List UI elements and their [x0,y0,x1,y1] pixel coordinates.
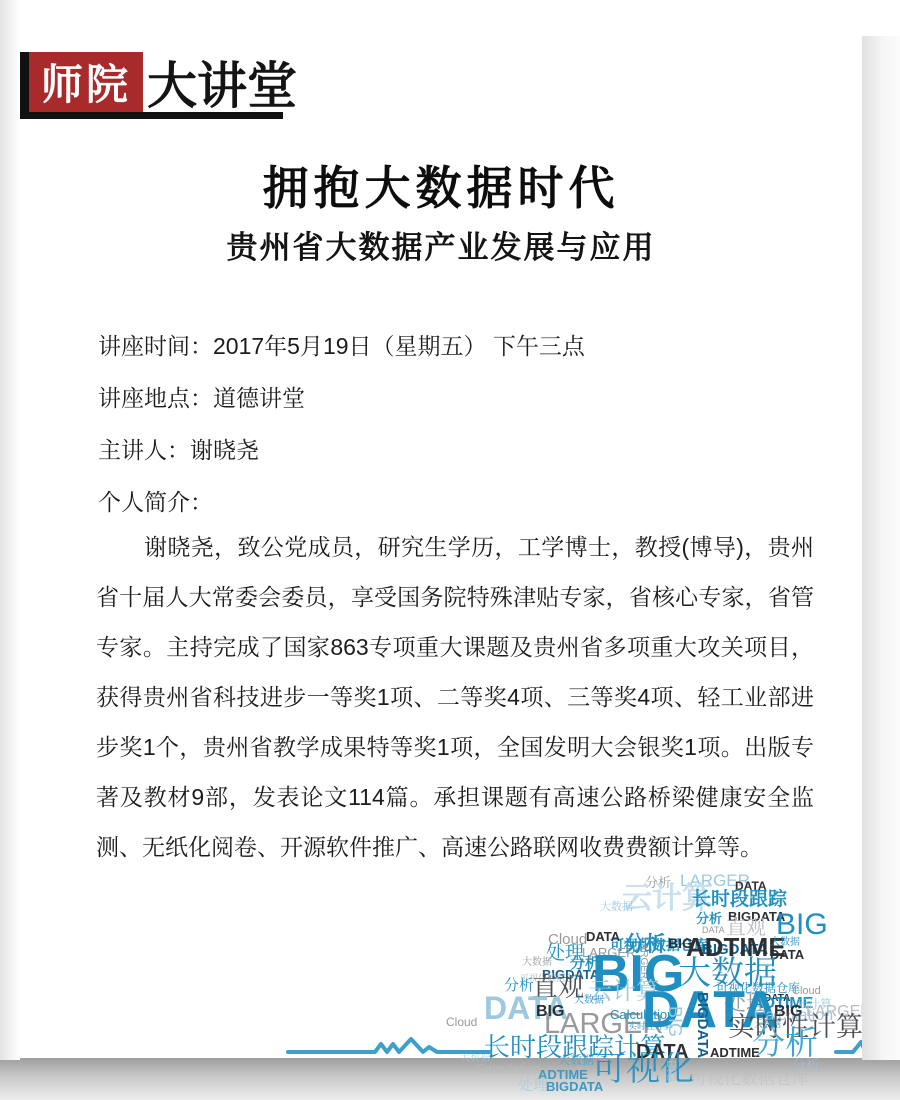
detail-value: 2017年5月19日（星期五） 下午三点 [213,333,585,359]
wordcloud-word: 大数据 [574,996,604,1006]
detail-label: 讲座地点： [98,385,213,411]
logo-badge: 师院 [29,52,143,112]
wordcloud-word: BIG [665,1060,678,1082]
logo-underline [20,112,283,119]
wordcloud-word: 分析 [752,1026,818,1059]
lecture-title: 拥抱大数据时代 [20,152,862,218]
logo-wordmark: 大讲堂 [147,58,297,114]
detail-line: 个人简介： [98,476,818,528]
bigdata-wordcloud: 分析LARGERDATA云计算长时段跟踪分析BIGDATA大数据DATA直观BI… [440,868,900,1100]
wordcloud-word: Calculation [476,1062,540,1075]
poster-page: 师院 大讲堂 拥抱大数据时代 贵州省大数据产业发展与应用 讲座时间：2017年5… [0,0,900,1100]
wordcloud-word: DATA [586,930,620,943]
wordcloud-word: BIGDATA [695,992,710,1058]
detail-line: 主讲人：谢晓尧 [98,424,818,476]
page-edge-right [862,36,900,1060]
speaker-bio: 谢晓尧，致公党成员，研究生学历，工学博士，教授(博导)，贵州省十届人大常委会委员… [96,522,814,872]
wordcloud-word: BIG [666,1006,684,1037]
wordcloud-word: 长时段跟踪 [692,890,787,909]
detail-label: 个人简介： [98,489,213,515]
wordcloud-word: 大数据 [600,902,633,913]
logo-badge-text: 师院 [41,52,131,112]
wordcloud-word: Cloud [446,1016,477,1028]
page-edge-left [0,0,20,1060]
detail-label: 讲座时间： [98,333,213,359]
lecture-subtitle: 贵州省大数据产业发展与应用 [20,222,862,267]
wordcloud-word: 分析 [696,912,722,925]
detail-line: 讲座时间：2017年5月19日（星期五） 下午三点 [98,320,818,372]
wordcloud-word: 处理 [518,1078,548,1093]
wordcloud-word: Cloud [792,986,821,997]
detail-line: 讲座地点：道德讲堂 [98,372,818,424]
lecture-details: 讲座时间：2017年5月19日（星期五） 下午三点讲座地点：道德讲堂主讲人：谢晓… [98,320,818,528]
wordcloud-word: 分析 [792,1058,820,1072]
wordcloud-word: 大数据 [558,1054,594,1066]
detail-label: 主讲人： [98,437,190,463]
detail-value: 道德讲堂 [213,385,305,411]
logo-left-bar [20,52,29,119]
detail-value: 谢晓尧 [190,437,259,463]
